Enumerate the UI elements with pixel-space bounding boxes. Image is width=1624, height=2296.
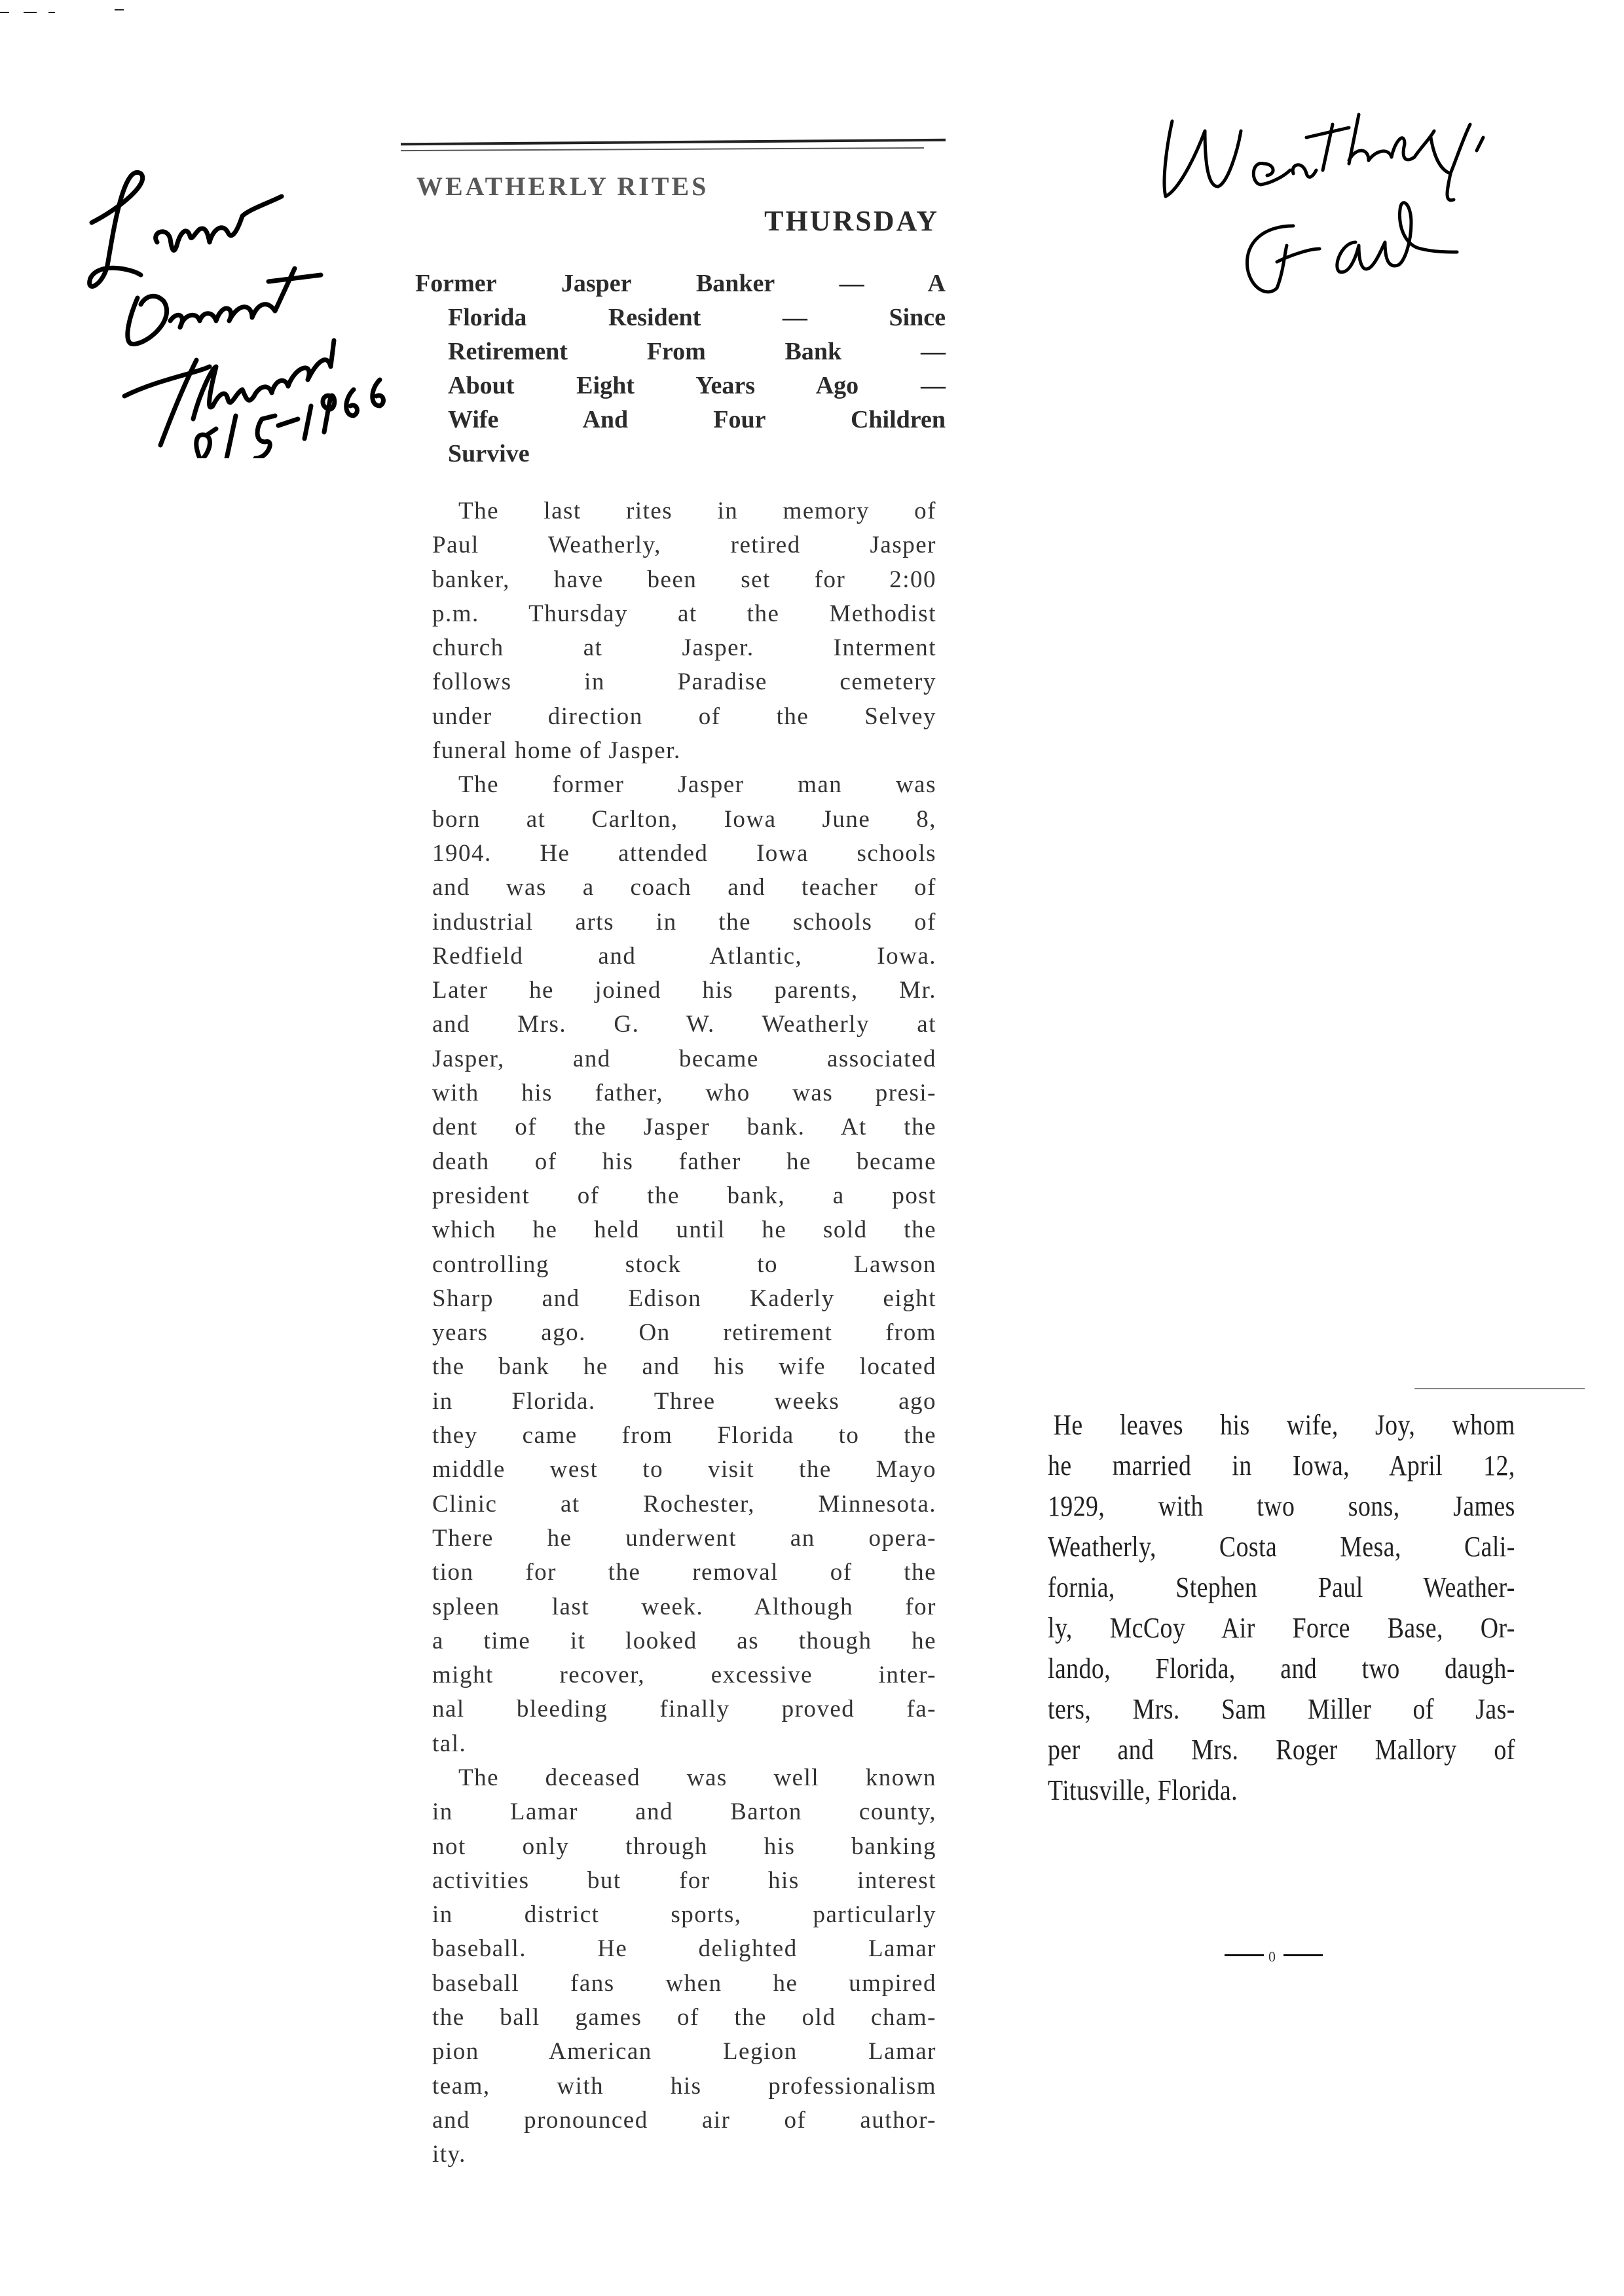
text-line: middle west to visit the Mayo <box>432 1453 936 1487</box>
text-line: tion for the removal of the <box>432 1556 936 1590</box>
article-deck: Former Jasper Banker — AFlorida Resident… <box>415 266 946 471</box>
text-line: Weatherly, Costa Mesa, Cali- <box>1048 1527 1515 1567</box>
text-line: which he held until he sold the <box>432 1213 936 1247</box>
text-line: Sharp and Edison Kaderly eight <box>432 1282 936 1316</box>
article-body: The last rites in memory ofPaul Weatherl… <box>432 494 936 2172</box>
scan-edge-marks <box>0 9 131 16</box>
text-line: lando, Florida, and two daugh- <box>1048 1649 1515 1689</box>
text-line: Paul Weatherly, retired Jasper <box>432 528 936 562</box>
text-line: and was a coach and teacher of <box>432 871 936 905</box>
text-line: 1904. He attended Iowa schools <box>432 837 936 871</box>
headline-line-2: THURSDAY <box>401 204 939 238</box>
text-line: Titusville, Florida. <box>1048 1770 1515 1811</box>
text-line: the bank he and his wife located <box>432 1350 936 1384</box>
text-line: he married in Iowa, April 12, <box>1048 1446 1515 1486</box>
text-line: under direction of the Selvey <box>432 700 936 734</box>
deck-line: Retirement From Bank — <box>448 335 946 369</box>
text-line: fornia, Stephen Paul Weather- <box>1048 1567 1515 1608</box>
text-line: Redfield and Atlantic, Iowa. <box>432 939 936 974</box>
divider-mark: 0 <box>1268 1948 1276 1965</box>
text-line: He leaves his wife, Joy, whom <box>1048 1405 1515 1446</box>
article-continuation-body: He leaves his wife, Joy, whomhe married … <box>1048 1405 1515 1811</box>
column-top-rule <box>401 139 946 146</box>
text-line: ity. <box>432 2138 936 2172</box>
text-line: The deceased was well known <box>432 1761 936 1795</box>
text-line: The last rites in memory of <box>432 494 936 528</box>
headline-line-1: WEATHERLY RITES <box>416 171 946 202</box>
handwriting-lamar-democrat-thursday-icon <box>79 170 393 458</box>
text-line: Clinic at Rochester, Minnesota. <box>432 1487 936 1522</box>
text-line: tal. <box>432 1727 936 1761</box>
text-line: p.m. Thursday at the Methodist <box>432 597 936 631</box>
text-line: in district sports, particularly <box>432 1898 936 1932</box>
text-line: banker, have been set for 2:00 <box>432 563 936 597</box>
text-line: church at Jasper. Interment <box>432 631 936 665</box>
text-line: pion American Legion Lamar <box>432 2035 936 2069</box>
text-line: and pronounced air of author- <box>432 2104 936 2138</box>
text-line: with his father, who was presi- <box>432 1076 936 1110</box>
text-line: activities but for his interest <box>432 1864 936 1898</box>
text-line: nal bleeding finally proved fa- <box>432 1692 936 1726</box>
text-line: team, with his professionalism <box>432 2069 936 2104</box>
text-line: industrial arts in the schools of <box>432 905 936 939</box>
divider-left-bar <box>1225 1954 1264 1956</box>
text-line: in Florida. Three weeks ago <box>432 1385 936 1419</box>
text-line: president of the bank, a post <box>432 1179 936 1213</box>
scanned-page: Lamar Democrat Thursday 5/5-1966 Weather… <box>0 0 1624 2296</box>
text-line: they came from Florida to the <box>432 1419 936 1453</box>
column-top-rule-thin <box>401 147 924 151</box>
article-headline: WEATHERLY RITES THURSDAY <box>401 171 946 238</box>
handwritten-source-note: Lamar Democrat Thursday 5/5-1966 <box>79 170 393 458</box>
text-line: a time it looked as though he <box>432 1624 936 1658</box>
text-line: might recover, excessive inter- <box>432 1658 936 1692</box>
text-line: per and Mrs. Roger Mallory of <box>1048 1730 1515 1770</box>
handwritten-subject-name: Weatherly, Paul <box>1159 111 1500 308</box>
deck-line: Florida Resident — Since <box>448 301 946 335</box>
text-line: Jasper, and became associated <box>432 1042 936 1076</box>
text-line: spleen last week. Although for <box>432 1590 936 1624</box>
deck-line: About Eight Years Ago — <box>448 369 946 403</box>
text-line: not only through his banking <box>432 1830 936 1864</box>
text-line: There he underwent an opera- <box>432 1522 936 1556</box>
continuation-top-rule <box>1414 1388 1585 1389</box>
text-line: born at Carlton, Iowa June 8, <box>432 803 936 837</box>
text-line: baseball fans when he umpired <box>432 1967 936 2001</box>
text-line: funeral home of Jasper. <box>432 734 936 768</box>
text-line: the ball games of the old cham- <box>432 2001 936 2035</box>
text-line: ly, McCoy Air Force Base, Or- <box>1048 1608 1515 1649</box>
text-line: dent of the Jasper bank. At the <box>432 1110 936 1144</box>
text-line: 1929, with two sons, James <box>1048 1486 1515 1527</box>
text-line: years ago. On retirement from <box>432 1316 936 1350</box>
text-line: death of his father he became <box>432 1145 936 1179</box>
deck-line: Survive <box>448 437 946 471</box>
article-end-divider: 0 <box>1225 1948 1323 1961</box>
deck-line: Former Jasper Banker — A <box>415 266 946 301</box>
text-line: controlling stock to Lawson <box>432 1248 936 1282</box>
handwriting-weatherly-paul-icon <box>1159 111 1500 308</box>
text-line: The former Jasper man was <box>432 768 936 802</box>
text-line: ters, Mrs. Sam Miller of Jas- <box>1048 1689 1515 1730</box>
article-main-column: WEATHERLY RITES THURSDAY Former Jasper B… <box>401 134 946 2172</box>
deck-line: Wife And Four Children <box>448 403 946 437</box>
divider-right-bar <box>1283 1954 1323 1956</box>
text-line: in Lamar and Barton county, <box>432 1795 936 1829</box>
text-line: Later he joined his parents, Mr. <box>432 974 936 1008</box>
article-continuation-column: He leaves his wife, Joy, whomhe married … <box>1048 1388 1516 1811</box>
text-line: baseball. He delighted Lamar <box>432 1932 936 1966</box>
text-line: follows in Paradise cemetery <box>432 665 936 699</box>
text-line: and Mrs. G. W. Weatherly at <box>432 1008 936 1042</box>
